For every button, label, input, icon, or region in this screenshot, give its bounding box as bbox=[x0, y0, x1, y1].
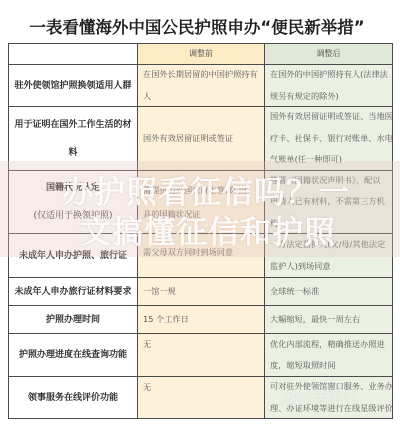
item-cell: 领事服务在线评价功能 bbox=[9, 377, 138, 418]
table-row: 护照办理进度在线查询功能 无 优化内部流程，精确推送办照进 度，缩短取照时间 bbox=[9, 334, 392, 377]
after-cell: 国外有效居留证明或签证、当地医 疗卡、社保卡、银行对账单、水电 气账单(任一种即… bbox=[265, 107, 392, 170]
header-after-cell: 调整后 bbox=[265, 44, 392, 64]
item-cell: 未成年人申办旅行证材料要求 bbox=[9, 278, 138, 305]
table-row: 驻外使领馆护照换领适用人群 在国外长期居留的中国护照持有 人 在国外的中国护照持… bbox=[9, 65, 392, 107]
before-cell: 一馆一规 bbox=[138, 278, 265, 305]
table-row: 未成年人申办旅行证材料要求 一馆一规 全球统一标准 bbox=[9, 278, 392, 306]
header-item-cell bbox=[9, 44, 138, 64]
watermark-headline-line-2: 文搞懂征信和护照 bbox=[2, 215, 400, 251]
item-cell: 护照办理时间 bbox=[9, 306, 138, 333]
item-cell: 护照办理进度在线查询功能 bbox=[9, 334, 138, 376]
after-cell: 大幅缩短，最快一周左右 bbox=[265, 306, 392, 333]
table-row: 用于证明在国外工作生活的材 料 国外有效居留证明或签证 国外有效居留证明或签证、… bbox=[9, 107, 392, 171]
page-title: 一表看懂海外中国公民护照申办“便民新举措” bbox=[0, 17, 394, 39]
before-cell: 在国外长期居留的中国护照持有 人 bbox=[138, 65, 265, 106]
item-cell: 用于证明在国外工作生活的材 料 bbox=[9, 107, 138, 170]
table-row: 护照办理时间 15 个工作日 大幅缩短，最快一周左右 bbox=[9, 306, 392, 334]
before-cell: 15 个工作日 bbox=[138, 306, 265, 333]
header-before-cell: 调整前 bbox=[138, 44, 265, 64]
after-cell: 在国外的中国护照持有人(法律法 规另有规定的除外) bbox=[265, 65, 392, 106]
header-after-label: 调整后 bbox=[317, 44, 341, 64]
item-cell: 驻外使领馆护照换领适用人群 bbox=[9, 65, 138, 106]
header-before-label: 调整前 bbox=[189, 44, 213, 64]
table-header-row: 调整前 调整后 bbox=[9, 44, 392, 65]
before-cell: 国外有效居留证明或签证 bbox=[138, 107, 265, 170]
item-label: 驻外使领馆护照换领适用人群 bbox=[14, 72, 131, 100]
before-cell: 无 bbox=[138, 377, 265, 418]
after-cell: 优化内部流程，精确推送办照进 度，缩短取照时间 bbox=[265, 334, 392, 376]
watermark-credit: @达美旅行 bbox=[283, 386, 383, 408]
before-cell: 无 bbox=[138, 334, 265, 376]
after-cell: 全球统一标准 bbox=[265, 278, 392, 305]
watermark-headline-line-1: 办护照看征信吗？一 bbox=[0, 175, 400, 211]
